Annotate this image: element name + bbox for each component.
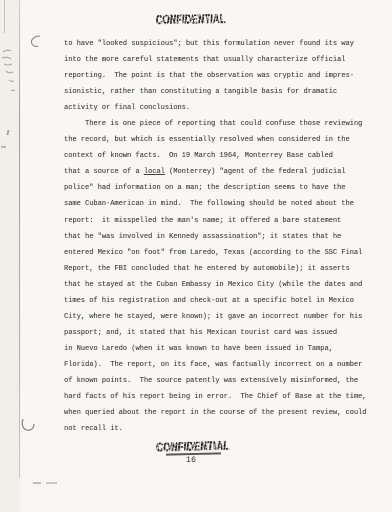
document-line: Florida). The report, on its face, was f… (64, 357, 382, 373)
pen-mark-c (28, 34, 44, 50)
document-line: police" had information on a man; the de… (64, 180, 382, 196)
document-body: to have "looked suspicious"; but this fo… (64, 36, 382, 437)
confidential-stamp-text: CONFIDENTIAL (156, 13, 226, 27)
document-line: reporting. The point is that the observa… (64, 68, 382, 84)
confidential-stamp-top: CONFIDENTIAL (146, 10, 236, 28)
scan-speck (6, 130, 9, 135)
document-line: that a source of a local (Monterrey) "ag… (64, 164, 382, 180)
document-line: passport; and, it stated that his Mexica… (64, 325, 382, 341)
document-line: There is one piece of reporting that cou… (64, 116, 382, 132)
document-line: in Nuevo Laredo (when it was known to ha… (64, 341, 382, 357)
scanned-document-page: CONFIDENTIAL to have "looked suspicious"… (0, 0, 392, 512)
pen-mark-u (20, 416, 36, 434)
document-line: that he stayed at the Cuban Embassy in M… (64, 277, 382, 293)
document-line: to have "looked suspicious"; but this fo… (64, 36, 382, 52)
document-line: that he "was involved in Kennedy assassi… (64, 229, 382, 245)
document-line: sionistic, rather than constituting a ta… (64, 84, 382, 100)
document-line: entered Mexico "on foot" from Laredo, Te… (64, 245, 382, 261)
document-line: context of known facts. On 19 March 1964… (64, 148, 382, 164)
page-number: 16 (180, 455, 202, 465)
document-line: not recall it. (64, 421, 382, 437)
document-line: of known points. The source patently was… (64, 373, 382, 389)
document-line: City, where he stayed, were known); it g… (64, 309, 382, 325)
scan-smudge (0, 44, 20, 96)
document-line: same Cuban-American in mind. The followi… (64, 196, 382, 212)
document-line: into the more careful statements that us… (64, 52, 382, 68)
document-line: the record, but which is essentially res… (64, 132, 382, 148)
document-line: Report, the FBI concluded that he entere… (64, 261, 382, 277)
scan-edge-mark (4, 0, 5, 33)
document-line: report: it misspelled the man's name; it… (64, 213, 382, 229)
scan-speck (1, 146, 6, 148)
scan-dash-mark (33, 482, 59, 484)
document-line: times of his registration and check-out … (64, 293, 382, 309)
document-line: activity or final conclusions. (64, 100, 382, 116)
document-line: hard facts of his report being in error.… (64, 389, 382, 405)
document-line: when queried about the report in the cou… (64, 405, 382, 421)
